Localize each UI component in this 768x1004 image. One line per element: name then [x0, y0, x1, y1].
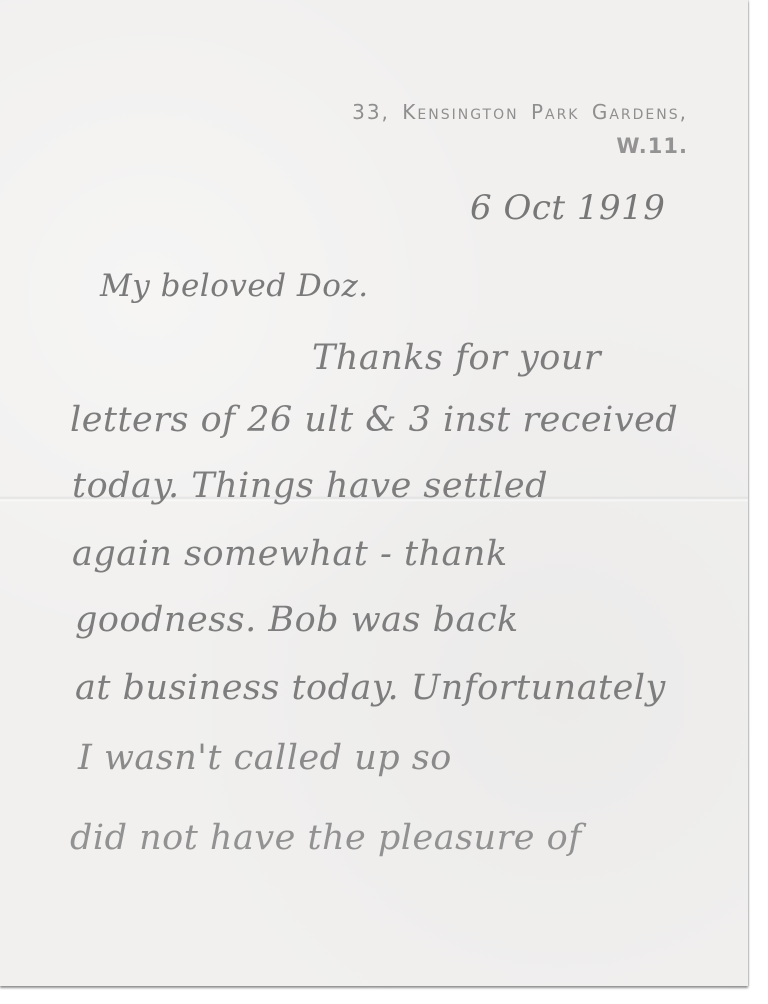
letter-salutation: My beloved Doz.	[100, 268, 369, 304]
letter-line: at business today. Unfortunately	[75, 668, 666, 708]
letter-line: I wasn't called up so	[78, 738, 452, 778]
letterhead: 33, Kensington Park Gardens, W.11.	[352, 100, 688, 158]
scanned-letter: 33, Kensington Park Gardens, W.11. 6 Oct…	[0, 0, 768, 1004]
letter-line: goodness. Bob was back	[75, 600, 519, 640]
letter-line: letters of 26 ult & 3 inst received	[70, 400, 678, 440]
letter-line: did not have the pleasure of	[70, 818, 582, 858]
letter-line: Thanks for your	[312, 338, 601, 378]
letter-paper: 33, Kensington Park Gardens, W.11. 6 Oct…	[0, 0, 748, 986]
letterhead-address: 33, Kensington Park Gardens,	[352, 100, 688, 124]
letter-line: today. Things have settled	[72, 466, 548, 506]
letter-line: again somewhat - thank	[72, 534, 508, 574]
letter-date: 6 Oct 1919	[470, 188, 665, 228]
letterhead-postcode: W.11.	[352, 134, 688, 158]
